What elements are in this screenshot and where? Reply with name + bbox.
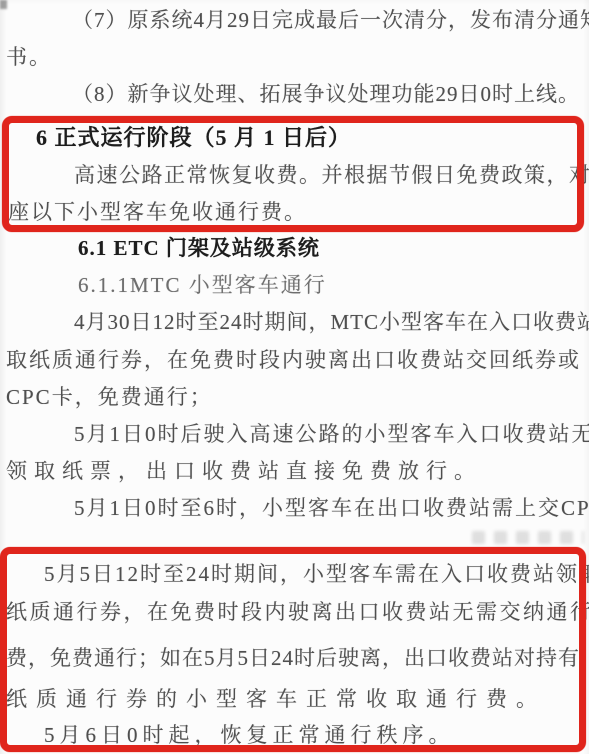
faded-text-artifact [472, 531, 584, 544]
heading-section-6: 6 正式运行阶段（5 月 1 日后） [36, 126, 351, 150]
para-mtc-line3: CPC卡，免费通行； [6, 385, 213, 409]
para-mtc-line2: 取纸质通行券，在免费时段内驶离出口收费站交回纸券或 [6, 348, 581, 372]
document-page: （7）原系统4月29日完成最后一次清分，发布清分通知 书。 （8）新争议处理、拓… [0, 0, 589, 754]
list-item-7-line1: （7）原系统4月29日完成最后一次清分，发布清分通知 [72, 8, 589, 32]
para-may5-line4: 纸质通行券的小型客车正常收取通行费。 [6, 687, 546, 711]
list-item-7-line2: 书。 [6, 45, 52, 69]
para-may5-line2: 纸质通行券，在免费时段内驶离出口收费站无需交纳通行 [6, 600, 589, 624]
para-may1-cpc: 5月1日0时至6时，小型客车在出口收费站需上交CPC卡 [74, 496, 589, 520]
heading-section-6-1-1: 6.1.1MTC 小型客车通行 [78, 273, 327, 297]
para-may5-line1: 5月5日12时至24时期间，小型客车需在入口收费站领取 [44, 562, 589, 586]
para-may5-line3: 费，免费通行；如在5月5日24时后驶离，出口收费站对持有 [6, 646, 580, 670]
para-may1-line2: 领取纸票，出口收费站直接免费放行。 [6, 459, 482, 483]
para-section6-line2: 座以下小型客车免收通行费。 [8, 200, 307, 224]
para-may1-line1: 5月1日0时后驶入高速公路的小型客车入口收费站无需 [74, 422, 589, 446]
para-section6-line1: 高速公路正常恢复收费。并根据节假日免费政策，对7 [74, 163, 589, 187]
para-may6: 5月6日0时起，恢复正常通行秩序。 [44, 723, 455, 747]
photo-speck [0, 0, 7, 9]
heading-section-6-1: 6.1 ETC 门架及站级系统 [78, 236, 320, 260]
para-mtc-line1: 4月30日12时至24时期间，MTC小型客车在入口收费站领 [74, 310, 589, 334]
list-item-8: （8）新争议处理、拓展争议处理功能29日0时上线。 [72, 82, 580, 106]
